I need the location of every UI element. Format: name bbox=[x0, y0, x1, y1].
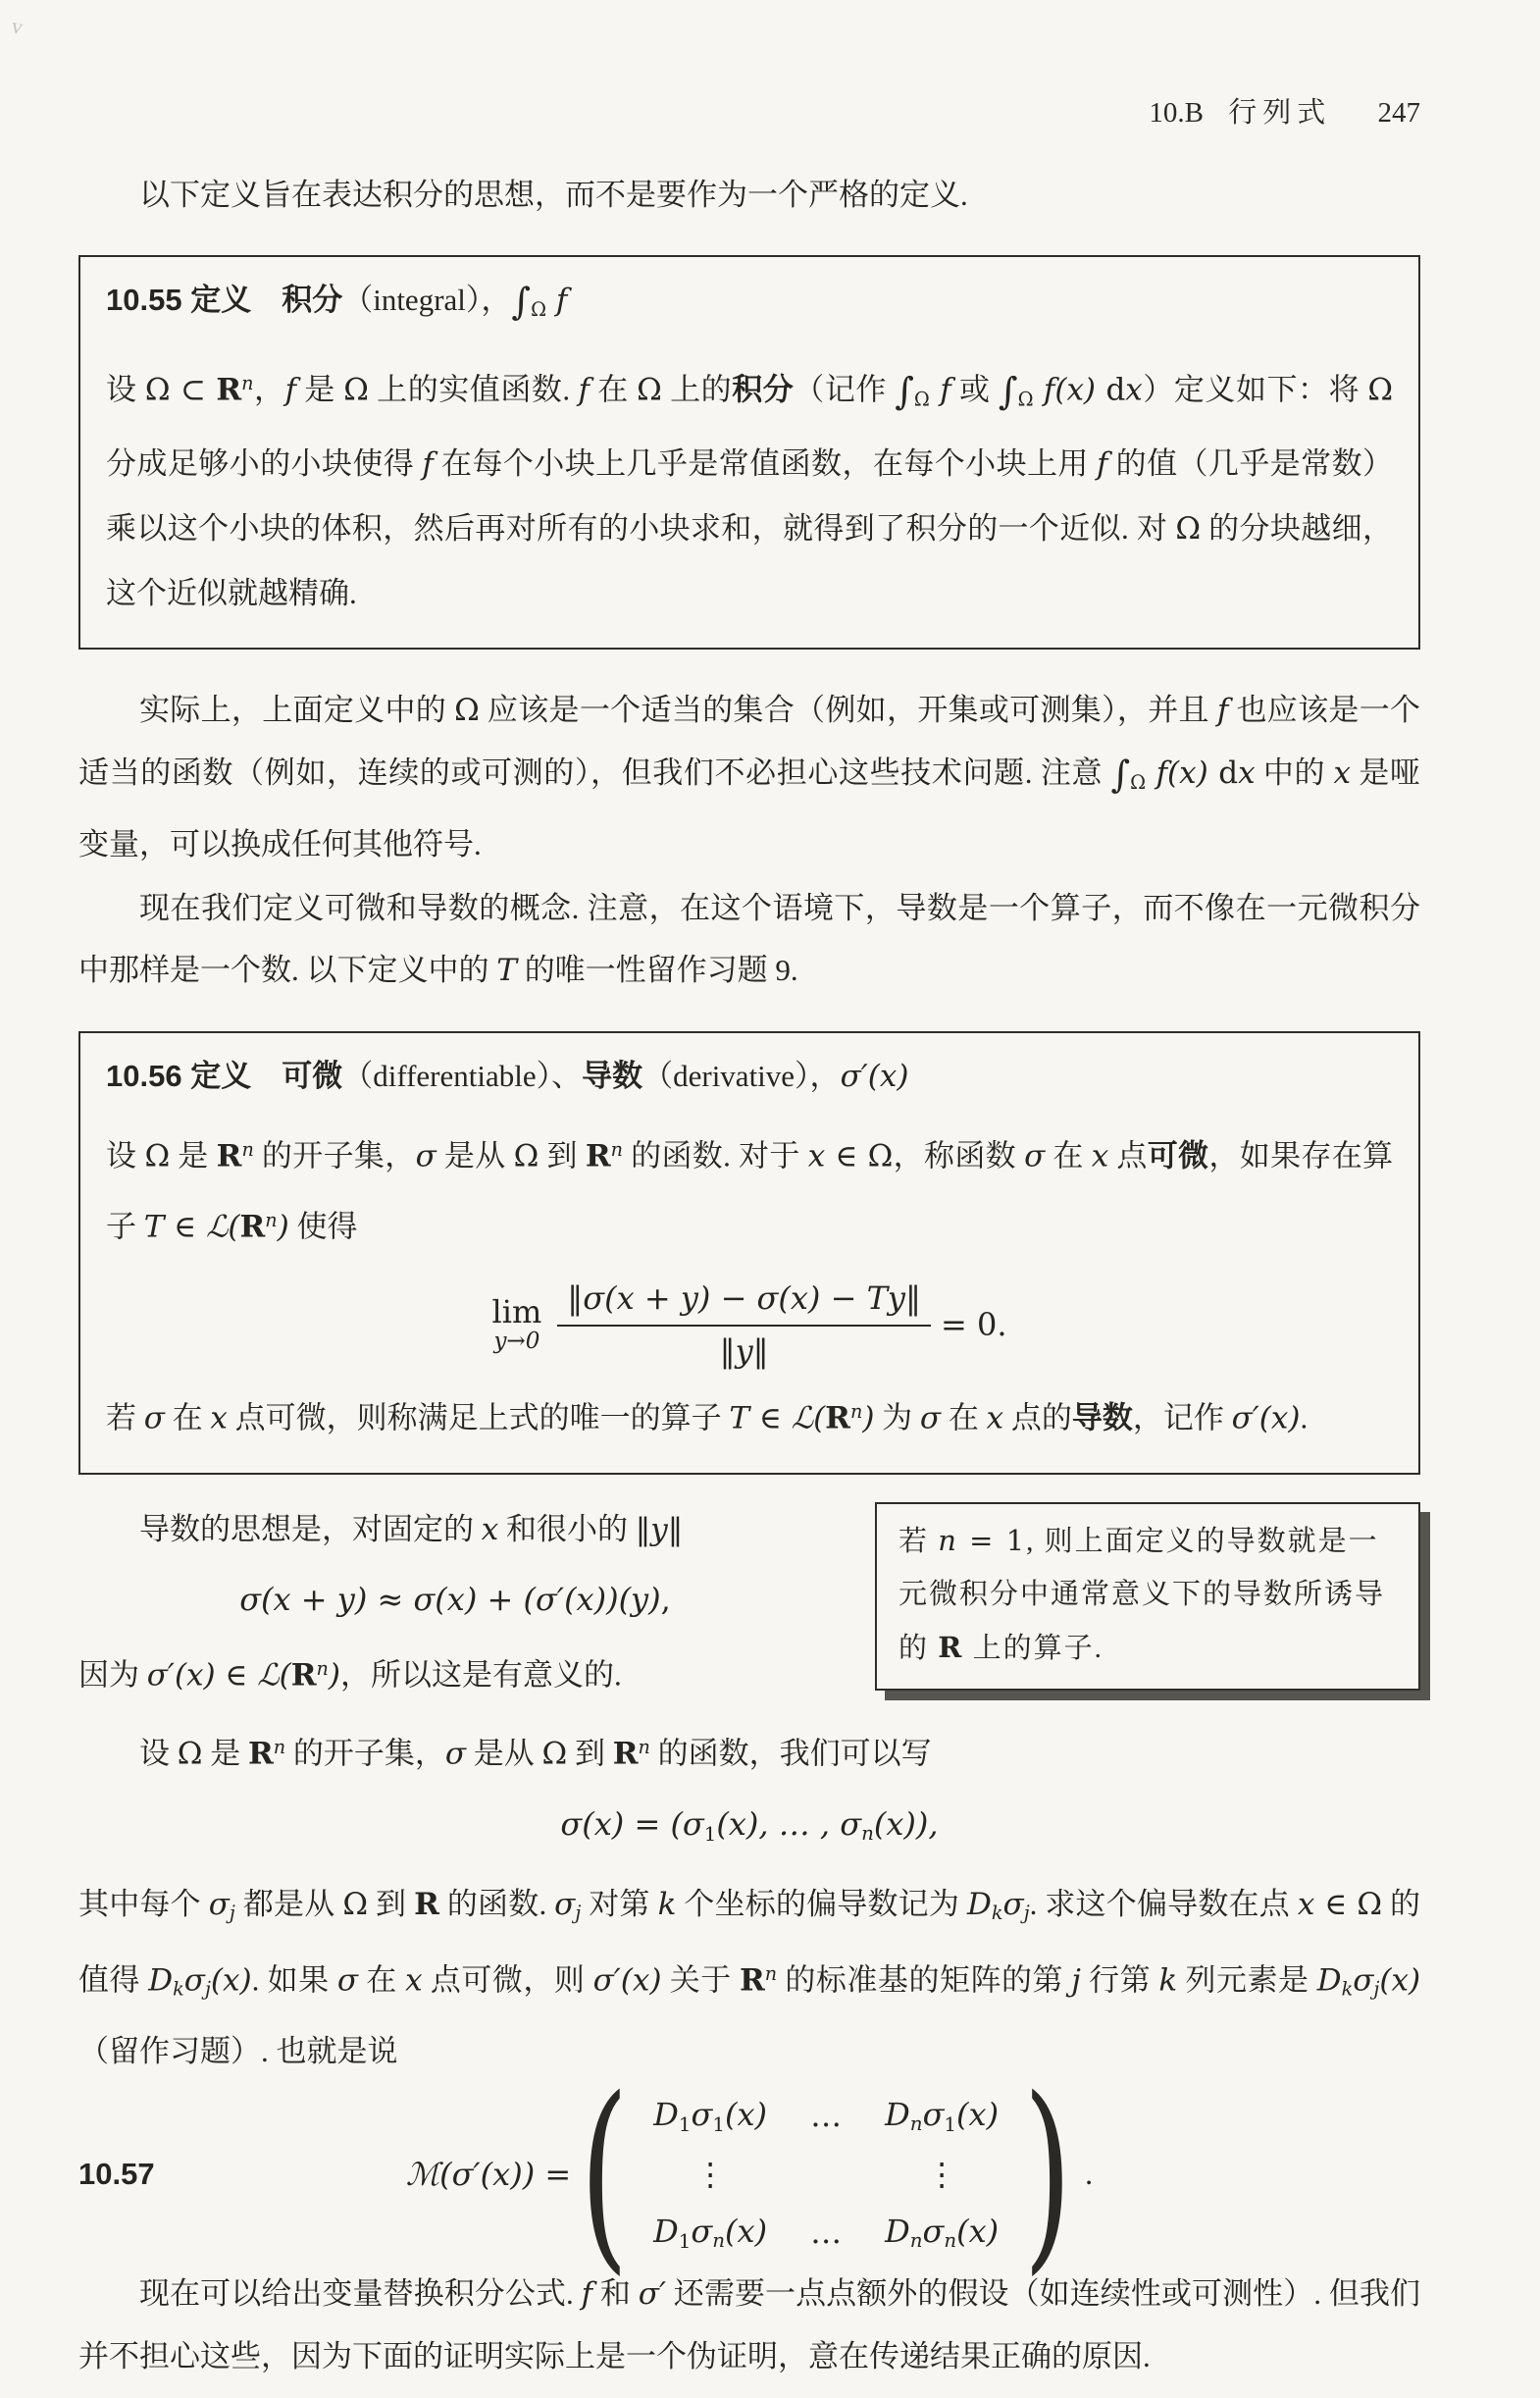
paragraph-derivative-intro: 现在我们定义可微和导数的概念. 注意，在这个语境下，导数是一个算子，而不像在一元… bbox=[78, 877, 1420, 1002]
matrix-cell: Dnσn(x) bbox=[885, 2213, 999, 2252]
lim-word: lim bbox=[491, 1295, 541, 1329]
paragraph-sigma-components-intro: 设 Ω 是 Rn 的开子集，σ 是从 Ω 到 Rn 的函数，我们可以写 bbox=[78, 1716, 1420, 1786]
matrix-cell: … bbox=[810, 2097, 842, 2134]
intro-paragraph: 以下定义旨在表达积分的思想，而不是要作为一个严格的定义. bbox=[78, 164, 1420, 226]
matrix-cell: ⋮ bbox=[926, 2156, 957, 2193]
paragraph-omega-remark: 实际上，上面定义中的 Ω 应该是一个适当的集合（例如，开集或可测集），并且 f … bbox=[78, 679, 1420, 875]
textbook-page: v 10.B 行列式 247 以下定义旨在表达积分的思想，而不是要作为一个严格的… bbox=[0, 0, 1540, 2398]
equation-number: 10.57 bbox=[78, 2157, 155, 2192]
lim-operator: lim y→0 bbox=[491, 1295, 541, 1354]
definition-10-56-body-2: 若 σ 在 x 点可微，则称满足上式的唯一的算子 T ∈ ℒ(Rn) 为 σ 在… bbox=[106, 1380, 1393, 1451]
chapter-title: 行列式 bbox=[1228, 97, 1331, 129]
page-header: 10.B 行列式 247 bbox=[78, 90, 1420, 130]
paragraph-partial-derivatives: 其中每个 σj 都是从 Ω 到 R 的函数. σj 对第 k 个坐标的偏导数记为… bbox=[78, 1873, 1420, 2082]
lim-subscript: y→0 bbox=[493, 1329, 539, 1354]
sigma-components-formula: σ(x) = (σ1(x), … , σn(x)), bbox=[78, 1792, 1420, 1867]
matrix-cell: ⋮ bbox=[694, 2156, 726, 2193]
paragraph-change-of-variables: 现在可以给出变量替换积分公式. f 和 σ′ 还需要一点点额外的假设（如连续性或… bbox=[78, 2263, 1420, 2387]
margin-note-box: 若 n = 1, 则上面定义的导数就是一元微积分中通常意义下的导数所诱导的 R … bbox=[875, 1502, 1420, 1691]
limit-formula: lim y→0 ‖σ(x + y) − σ(x) − Ty‖ ‖y‖ = 0. bbox=[106, 1279, 1393, 1370]
equation-10-57: 10.57 ℳ(σ′(x)) = ( D1σ1(x) … Dnσ1(x) ⋮ ⋮… bbox=[78, 2096, 1420, 2253]
definition-box-10-56: 10.56 定义 可微（differentiable）、导数（derivativ… bbox=[78, 1031, 1420, 1475]
matrix-cell: Dnσ1(x) bbox=[885, 2096, 999, 2136]
definition-10-55-body: 设 Ω ⊂ Rn，f 是 Ω 上的实值函数. f 在 Ω 上的积分（记作 ∫Ω … bbox=[106, 351, 1393, 626]
page-number: 247 bbox=[1378, 97, 1421, 129]
equation-period: . bbox=[1085, 2156, 1093, 2192]
definition-box-10-55: 10.55 定义 积分（integral），∫Ω f 设 Ω ⊂ Rn，f 是 … bbox=[78, 255, 1420, 650]
pencil-mark: v bbox=[9, 13, 25, 40]
matrix-cell: D1σn(x) bbox=[653, 2213, 767, 2253]
fraction-denominator: ‖y‖ bbox=[720, 1327, 769, 1370]
definition-10-55-title: 10.55 定义 积分（integral），∫Ω f bbox=[106, 277, 1393, 334]
matrix-cell: … bbox=[810, 2214, 842, 2251]
definition-10-56-body-1: 设 Ω 是 Rn 的开子集，σ 是从 Ω 到 Rn 的函数. 对于 x ∈ Ω，… bbox=[106, 1118, 1393, 1260]
matrix-equation: ℳ(σ′(x)) = ( D1σ1(x) … Dnσ1(x) ⋮ ⋮ D1σn(… bbox=[78, 2096, 1420, 2253]
fraction: ‖σ(x + y) − σ(x) − Ty‖ ‖y‖ bbox=[557, 1279, 931, 1370]
matrix-cell: D1σ1(x) bbox=[653, 2096, 767, 2136]
fraction-numerator: ‖σ(x + y) − σ(x) − Ty‖ bbox=[557, 1279, 931, 1327]
derivative-idea-section: 若 n = 1, 则上面定义的导数就是一元微积分中通常意义下的导数所诱导的 R … bbox=[78, 1498, 1420, 1707]
section-number: 10.B bbox=[1149, 97, 1204, 129]
matrix-lhs: ℳ(σ′(x)) = bbox=[406, 2156, 571, 2193]
formula-rhs: = 0. bbox=[941, 1306, 1007, 1343]
jacobian-matrix: D1σ1(x) … Dnσ1(x) ⋮ ⋮ D1σn(x) … Dnσn(x) bbox=[653, 2096, 999, 2253]
definition-10-56-title: 10.56 定义 可微（differentiable）、导数（derivativ… bbox=[106, 1053, 1393, 1100]
